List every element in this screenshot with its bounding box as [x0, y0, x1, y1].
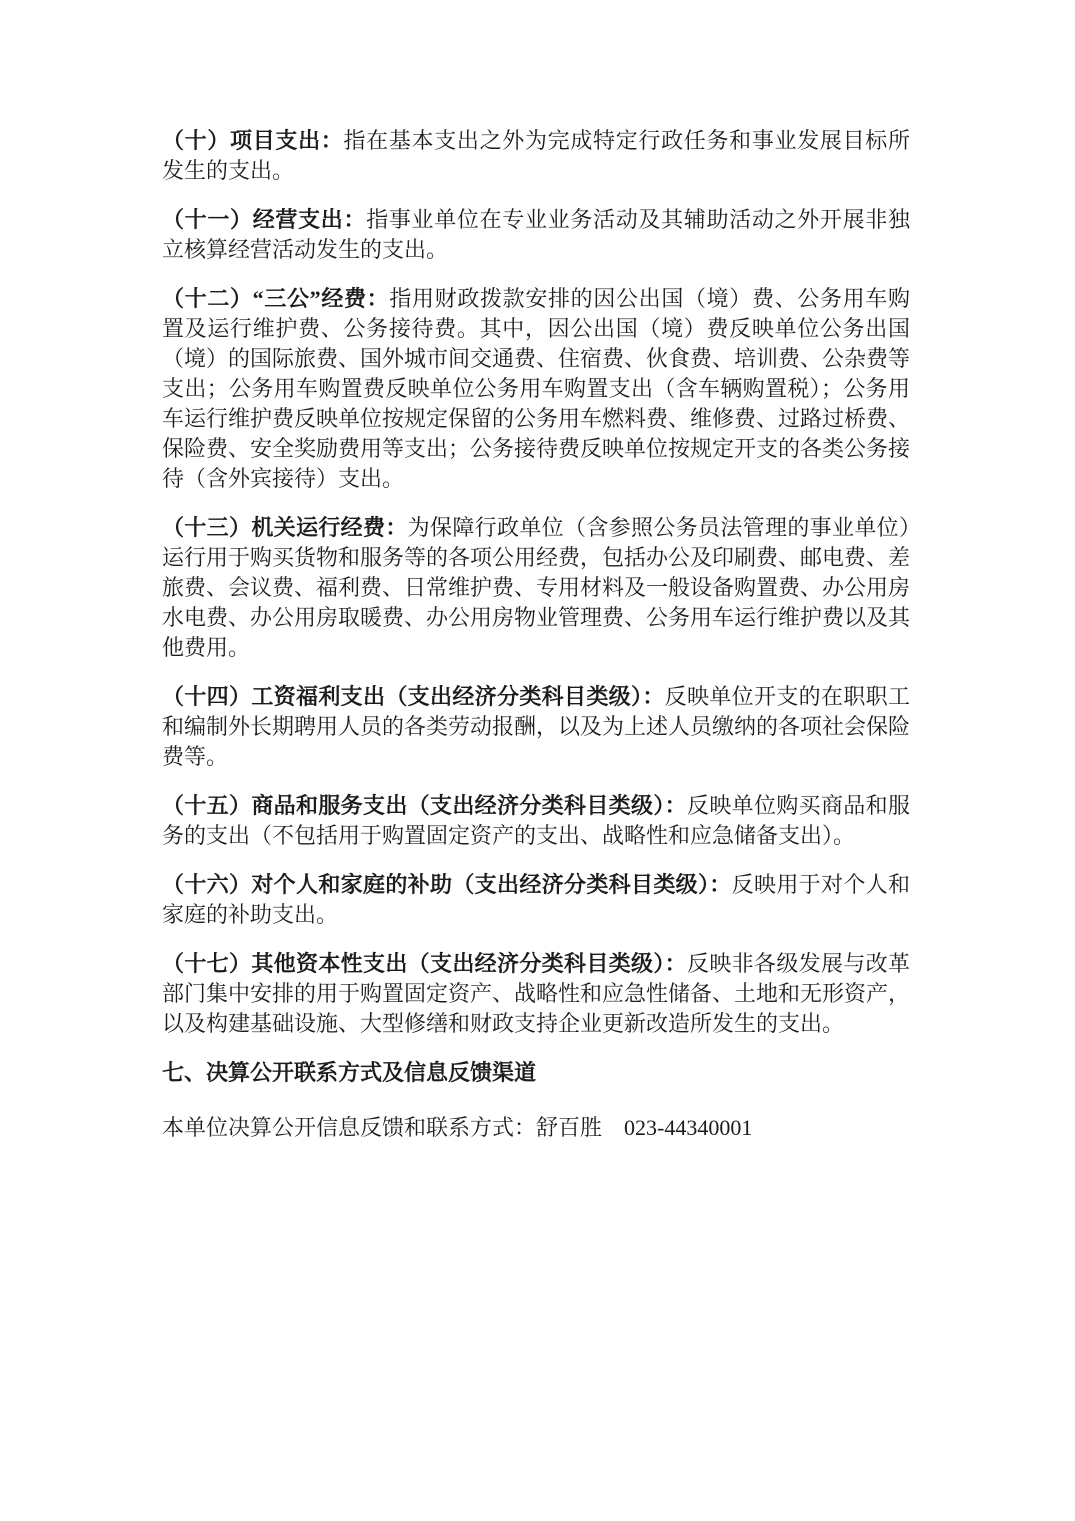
definition-paragraph-item-12: （十二）“三公”经费：指用财政拨款安排的因公出国（境）费、公务用车购置及运行维护… — [162, 284, 910, 494]
paragraph-body: 指用财政拨款安排的因公出国（境）费、公务用车购置及运行维护费、公务接待费。其中，… — [162, 286, 910, 491]
contact-line: 本单位决算公开信息反馈和联系方式：舒百胜023-44340001 — [162, 1113, 910, 1143]
contact-name: 舒百胜 — [536, 1115, 602, 1140]
paragraph-lead-bold: （十）项目支出： — [162, 128, 344, 153]
definition-paragraph-item-14: （十四）工资福利支出（支出经济分类科目类级）：反映单位开支的在职职工和编制外长期… — [162, 682, 910, 772]
document-page: （十）项目支出：指在基本支出之外为完成特定行政任务和事业发展目标所发生的支出。 … — [162, 126, 910, 1143]
paragraph-lead-bold: （十一）经营支出： — [162, 207, 366, 232]
paragraph-lead-bold: （十三）机关运行经费： — [162, 515, 408, 540]
contact-phone: 023-44340001 — [624, 1115, 752, 1140]
paragraph-lead-bold: （十五）商品和服务支出（支出经济分类科目类级）： — [162, 793, 687, 818]
section-heading-contact: 七、决算公开联系方式及信息反馈渠道 — [162, 1058, 910, 1088]
definition-paragraph-item-13: （十三）机关运行经费：为保障行政单位（含参照公务员法管理的事业单位）运行用于购买… — [162, 513, 910, 663]
definition-paragraph-item-16: （十六）对个人和家庭的补助（支出经济分类科目类级）：反映用于对个人和家庭的补助支… — [162, 870, 910, 930]
definition-paragraph-item-15: （十五）商品和服务支出（支出经济分类科目类级）：反映单位购买商品和服务的支出（不… — [162, 791, 910, 851]
paragraph-lead-bold: （十七）其他资本性支出（支出经济分类科目类级）： — [162, 951, 687, 976]
definition-paragraph-item-10: （十）项目支出：指在基本支出之外为完成特定行政任务和事业发展目标所发生的支出。 — [162, 126, 910, 186]
contact-label: 本单位决算公开信息反馈和联系方式： — [162, 1115, 536, 1140]
paragraph-lead-bold: （十四）工资福利支出（支出经济分类科目类级）： — [162, 684, 665, 709]
definition-paragraph-item-17: （十七）其他资本性支出（支出经济分类科目类级）：反映非各级发展与改革部门集中安排… — [162, 949, 910, 1039]
paragraph-lead-bold: （十二）“三公”经费： — [162, 286, 389, 311]
definition-paragraph-item-11: （十一）经营支出：指事业单位在专业业务活动及其辅助活动之外开展非独立核算经营活动… — [162, 205, 910, 265]
paragraph-lead-bold: （十六）对个人和家庭的补助（支出经济分类科目类级）： — [162, 872, 732, 897]
